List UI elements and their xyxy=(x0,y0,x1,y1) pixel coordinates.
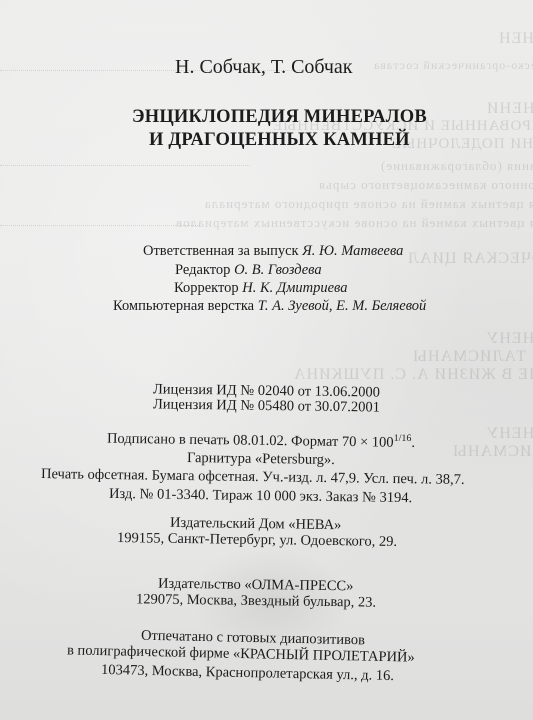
credit-role: Корректор xyxy=(174,280,242,296)
credit-role: Компьютерная верстка xyxy=(113,298,258,314)
print-font: Гарнитура «Petersburg». xyxy=(187,450,335,469)
credit-proofreader: Корректор Н. К. Дмитриева xyxy=(174,280,347,297)
bleed-through-text: ЛИСМАНЫ xyxy=(452,443,533,461)
book-authors: Н. Собчак, Т. Собчак xyxy=(175,56,352,79)
bleed-through-text: ческо-оргaнический состава xyxy=(373,58,533,73)
print-paper: Печать офсетная. Бумага офсетная. Уч.-из… xyxy=(41,466,465,489)
credit-layout: Компьютерная верстка Т. А. Зуевой, Е. М.… xyxy=(113,298,426,315)
bleed-through-text: ОЧЕСКАЯ ЦИАЛ xyxy=(407,250,533,268)
book-title-line-2: И ДРАГОЦЕННЫХ КАМНЕЙ xyxy=(149,130,410,151)
bleed-through-text: кания (облагораживание) xyxy=(380,158,533,174)
book-title-line-1: ЭНЦИКЛОПЕДИЯ МИНЕРАЛОВ xyxy=(132,107,427,128)
credit-editor: Редактор О. В. Гвоздева xyxy=(175,262,322,279)
bleed-through-text: ЕНИ ПОДЕЛОЧНЫЕ xyxy=(391,136,533,153)
credit-role: Ответственная за выпуск xyxy=(143,243,302,259)
publisher-2-address: 129075, Москва, Звездный бульвар, 23. xyxy=(136,591,376,611)
printer-line-3: 103473, Москва, Краснопролетарская ул., … xyxy=(101,662,394,685)
bleed-through-text: ЗНЕНИ xyxy=(486,100,533,118)
credit-person: Я. Ю. Матвеева xyxy=(302,243,403,259)
bleed-through-leader xyxy=(0,225,200,226)
license-2: Лицензия ИД № 05480 от 30.07.2001 xyxy=(153,396,380,416)
bleed-through-text: ЫЕ В ЖИЗНИ А. С. ПУШКИНА xyxy=(293,366,533,384)
bleed-through-text: ия цветных камней на основе природного м… xyxy=(204,196,533,212)
bleed-through-text: ля цветных камней на основе искусственны… xyxy=(175,215,533,231)
print-signed: Подписано в печать 08.01.02. Формат 70 ×… xyxy=(107,429,415,452)
print-signed-text: Подписано в печать 08.01.02. Формат 70 ×… xyxy=(107,431,394,451)
bleed-through-text: ЗНЕНУ xyxy=(486,425,533,443)
credit-person: Т. А. Зуевой, Е. М. Беляевой xyxy=(258,298,427,314)
bleed-through-leader xyxy=(0,165,250,166)
bleed-through-text: ионного камнесамоцветного сырья xyxy=(318,177,533,193)
credit-responsible: Ответственная за выпуск Я. Ю. Матвеева xyxy=(143,243,403,260)
book-imprint-page: ЗНЕН ческо-оргaнический состава ЗНЕНИ ИР… xyxy=(0,0,533,720)
credit-role: Редактор xyxy=(175,262,234,278)
print-edition: Изд. № 01-3340. Тираж 10 000 экз. Заказ … xyxy=(109,486,412,507)
credit-person: О. В. Гвоздева xyxy=(234,262,322,278)
bleed-through-text: ЗНЕНУ xyxy=(486,330,533,348)
bleed-through-text: ЗНЕН xyxy=(498,30,533,48)
format-fraction: 1/16 xyxy=(394,433,412,444)
bleed-through-text: И ТАЛИСМАНЫ xyxy=(412,348,533,366)
credit-person: Н. К. Дмитриева xyxy=(242,280,347,296)
publisher-1-address: 199155, Санкт-Петербург, ул. Одоевского,… xyxy=(117,530,397,551)
